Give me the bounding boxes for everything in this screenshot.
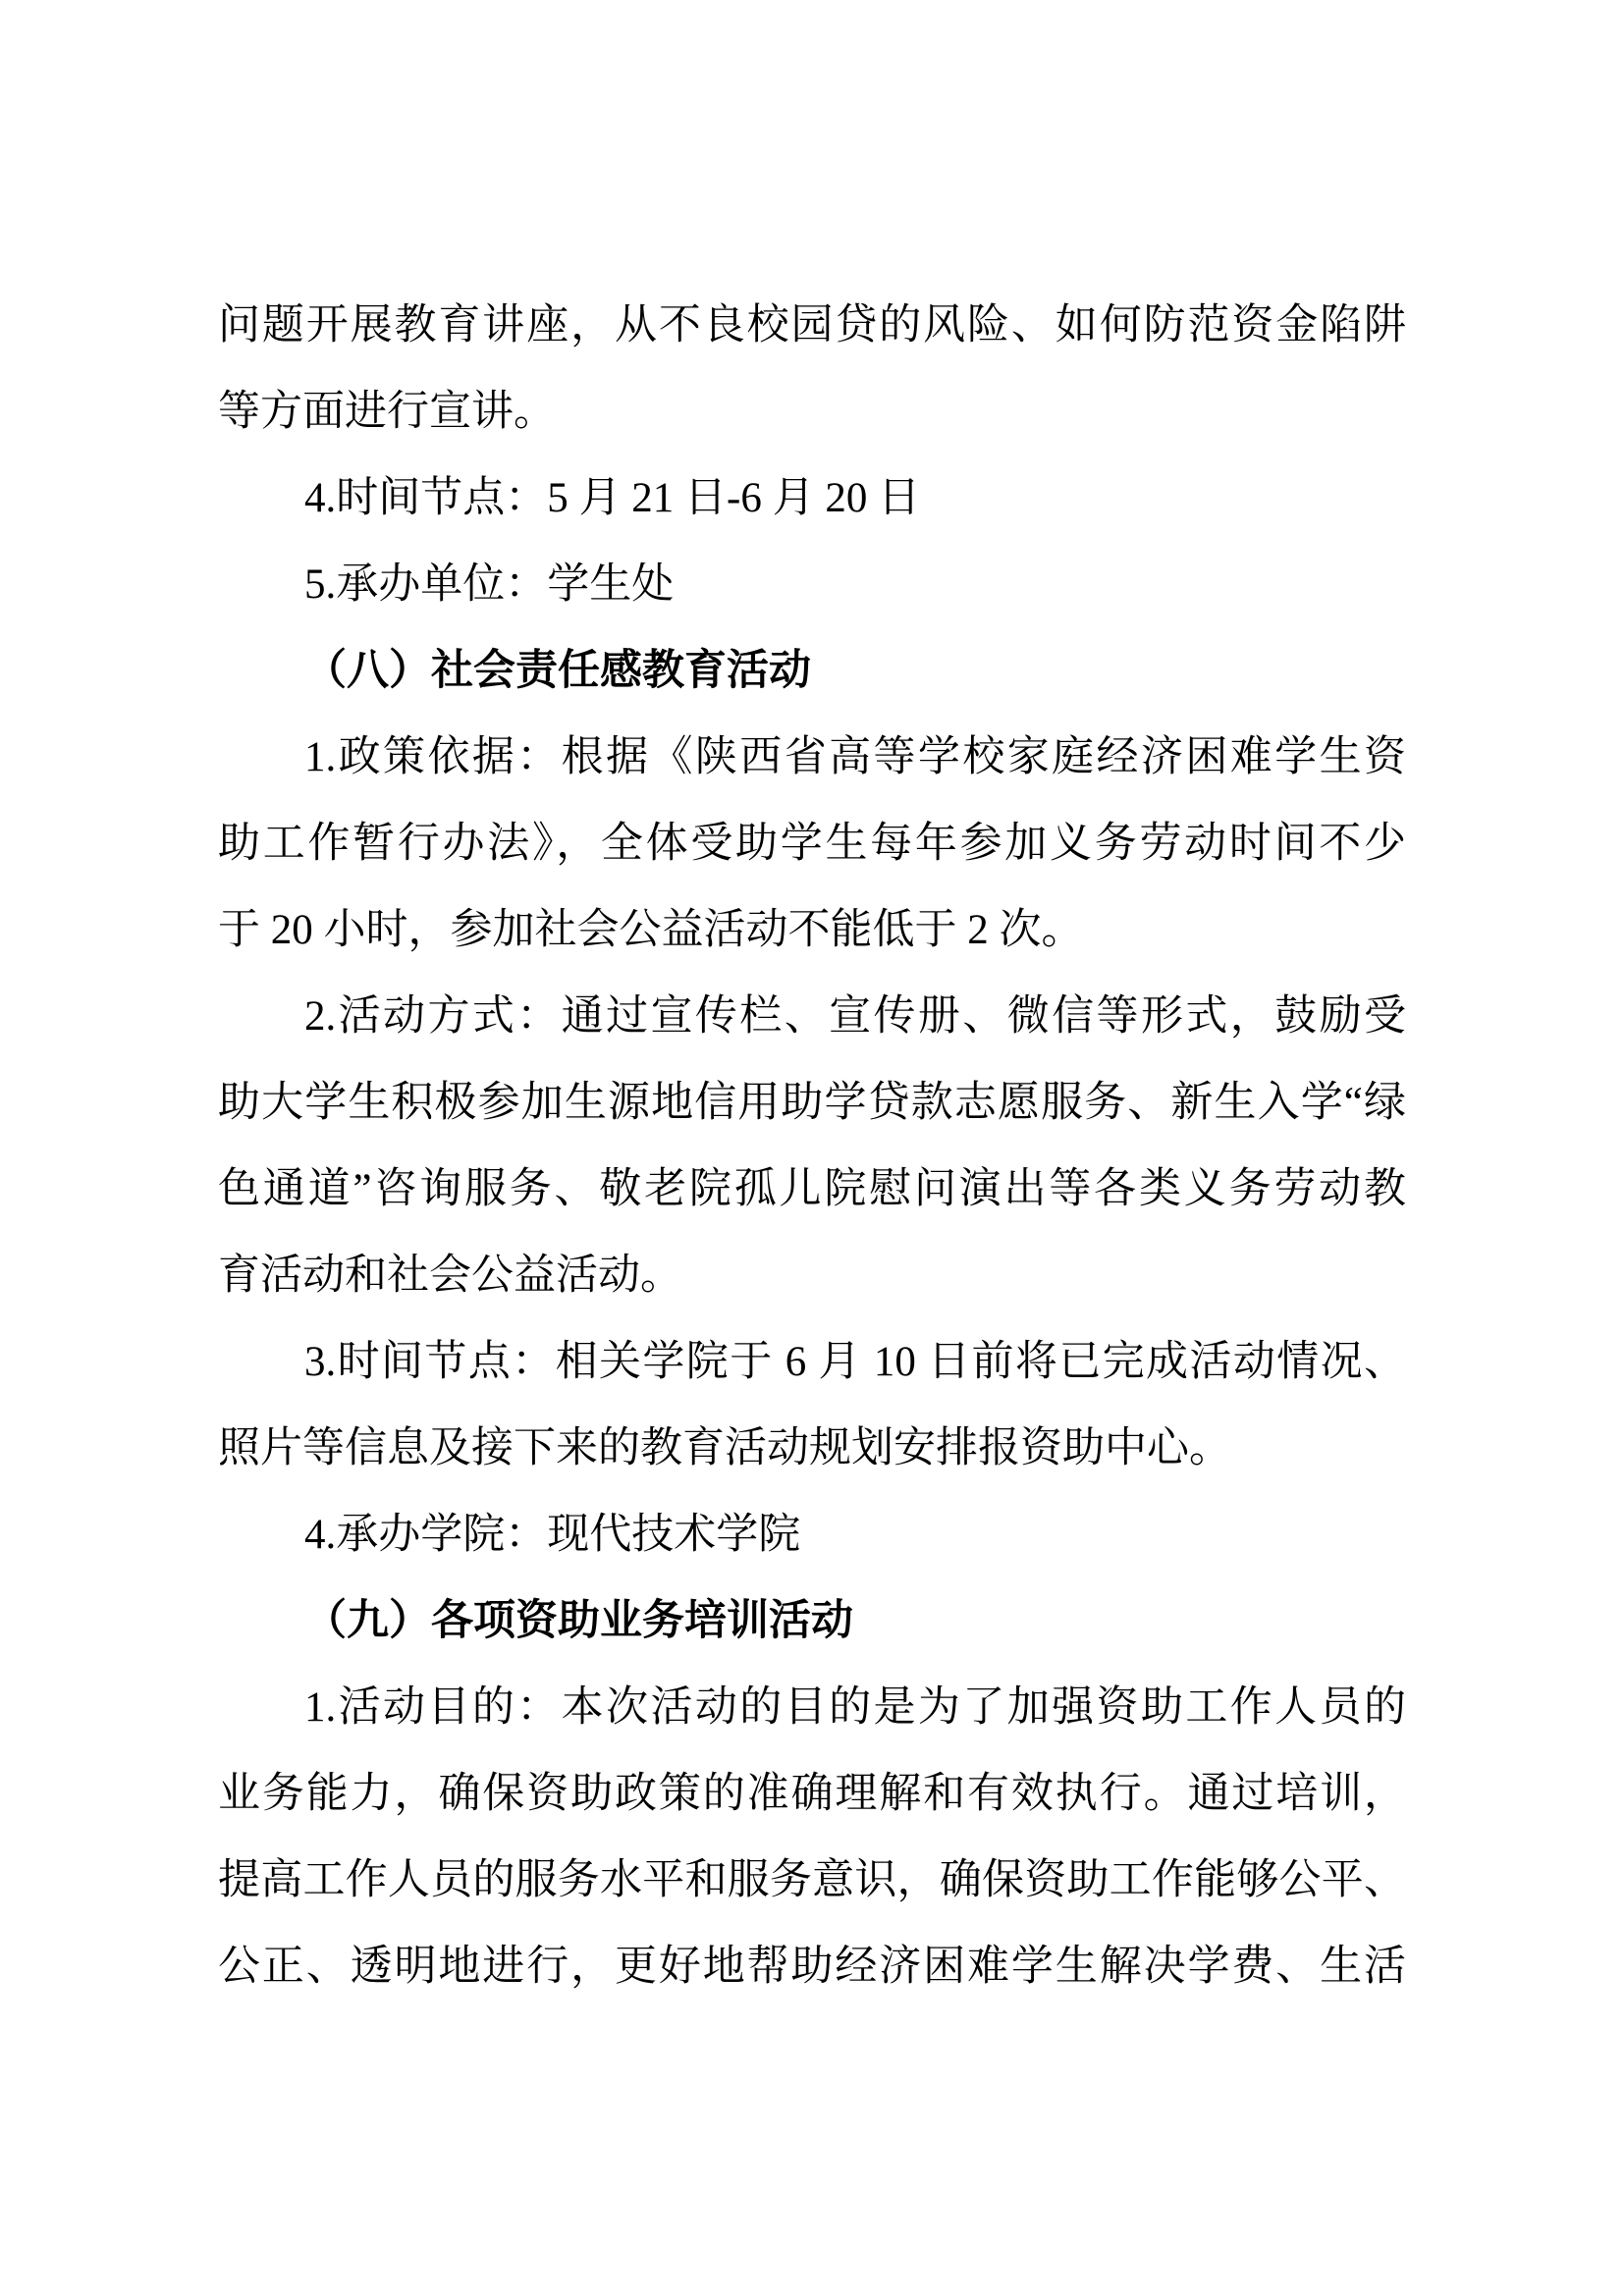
text-line: 1.政策依据：根据《陕西省高等学校家庭经济困难学生资 (218, 715, 1406, 801)
text-line: 1.活动目的：本次活动的目的是为了加强资助工作人员的 (218, 1665, 1406, 1751)
text-line: 3.时间节点：相关学院于 6 月 10 日前将已完成活动情况、 (218, 1319, 1406, 1406)
section-heading: （八）社会责任感教育活动 (218, 628, 1406, 715)
section-heading: （九）各项资助业务培训活动 (218, 1578, 1406, 1665)
text-line: 助工作暂行办法》，全体受助学生每年参加义务劳动时间不少 (218, 801, 1406, 887)
text-line: 4.承办学院：现代技术学院 (218, 1492, 1406, 1578)
document-body: 问题开展教育讲座，从不良校园贷的风险、如何防范资金陷阱等方面进行宣讲。4.时间节… (218, 283, 1406, 2010)
text-line: 提高工作人员的服务水平和服务意识，确保资助工作能够公平、 (218, 1838, 1406, 1924)
text-line: 于 20 小时，参加社会公益活动不能低于 2 次。 (218, 887, 1406, 974)
text-line: 色通道”咨询服务、敬老院孤儿院慰问演出等各类义务劳动教 (218, 1147, 1406, 1233)
text-line: 助大学生积极参加生源地信用助学贷款志愿服务、新生入学“绿 (218, 1060, 1406, 1147)
text-line: 等方面进行宣讲。 (218, 369, 1406, 455)
text-line: 4.时间节点：5 月 21 日-6 月 20 日 (218, 455, 1406, 542)
document-page: 问题开展教育讲座，从不良校园贷的风险、如何防范资金陷阱等方面进行宣讲。4.时间节… (0, 0, 1624, 2296)
text-line: 育活动和社会公益活动。 (218, 1233, 1406, 1319)
text-line: 公正、透明地进行，更好地帮助经济困难学生解决学费、生活 (218, 1924, 1406, 2010)
text-line: 5.承办单位：学生处 (218, 542, 1406, 628)
text-line: 2.活动方式：通过宣传栏、宣传册、微信等形式，鼓励受 (218, 974, 1406, 1060)
text-line: 问题开展教育讲座，从不良校园贷的风险、如何防范资金陷阱 (218, 283, 1406, 369)
text-line: 照片等信息及接下来的教育活动规划安排报资助中心。 (218, 1406, 1406, 1492)
text-line: 业务能力，确保资助政策的准确理解和有效执行。通过培训， (218, 1751, 1406, 1838)
